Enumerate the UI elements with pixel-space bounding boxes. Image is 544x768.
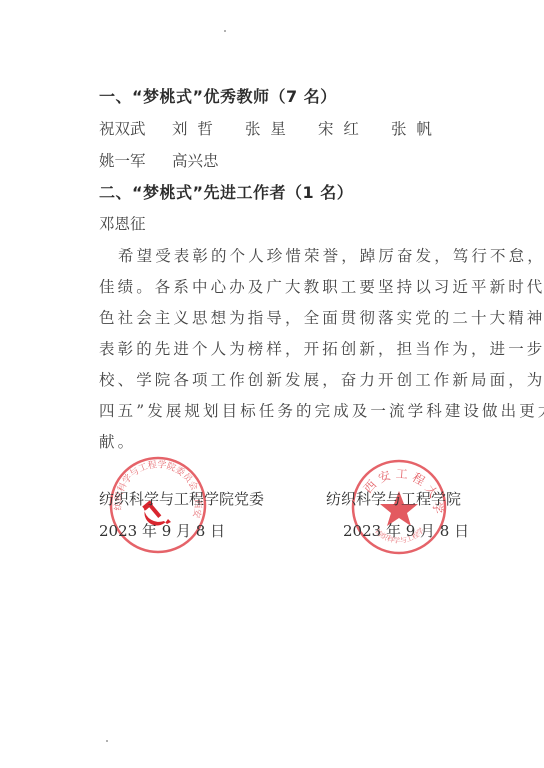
date-text: 2023 年 9 月 8 日 — [99, 520, 225, 541]
name-item: 张 星 — [245, 117, 286, 139]
section-heading-outstanding-teachers: 一、“梦桃式”优秀教师（7 名） — [99, 84, 337, 107]
signature-org-college: 纺织科学与工程学院 — [326, 488, 461, 509]
scan-speck — [106, 740, 108, 742]
signature-org-party-committee: 纺织科学与工程学院党委 — [99, 488, 264, 509]
teacher-names-row-1: 祝双武 刘 哲 张 星 宋 红 张 帆 — [99, 117, 459, 137]
name-item: 祝双武 — [99, 117, 146, 139]
document-page: 一、“梦桃式”优秀教师（7 名） 祝双武 刘 哲 张 星 宋 红 张 帆 姚一军… — [0, 0, 544, 768]
scan-speck — [224, 30, 226, 32]
paragraph-line: 四五”发展规划目标任务的完成及一流学科建设做出更大的贡 — [99, 399, 544, 421]
signature-date-college: 2023 年 9 月 8 日 — [343, 520, 469, 541]
name-item: 宋 红 — [318, 117, 359, 139]
paragraph-line: 佳绩。各系中心办及广大教职工要坚持以习近平新时代中国特 — [99, 275, 544, 297]
name-item: 姚一军 — [99, 149, 146, 171]
name-item: 邓恩征 — [99, 212, 146, 234]
name-item: 高兴忠 — [172, 149, 219, 171]
name-item: 刘 哲 — [172, 117, 213, 139]
paragraph-line: 献。 — [99, 430, 136, 452]
name-item: 张 帆 — [391, 117, 432, 139]
paragraph-line: 表彰的先进个人为榜样，开拓创新，担当作为，进一步推动学 — [99, 337, 544, 359]
paragraph-line: 希望受表彰的个人珍惜荣誉，踔厉奋发，笃行不怠，勇创 — [118, 244, 544, 266]
paragraph-line: 校、学院各项工作创新发展，奋力开创工作新局面，为学院“十 — [99, 368, 544, 390]
paragraph-line: 色社会主义思想为指导，全面贯彻落实党的二十大精神，以受 — [99, 306, 544, 328]
teacher-names-row-2: 姚一军 高兴忠 — [99, 149, 299, 169]
worker-names-row: 邓恩征 — [99, 212, 199, 232]
section-heading-advanced-workers: 二、“梦桃式”先进工作者（1 名） — [99, 180, 353, 203]
